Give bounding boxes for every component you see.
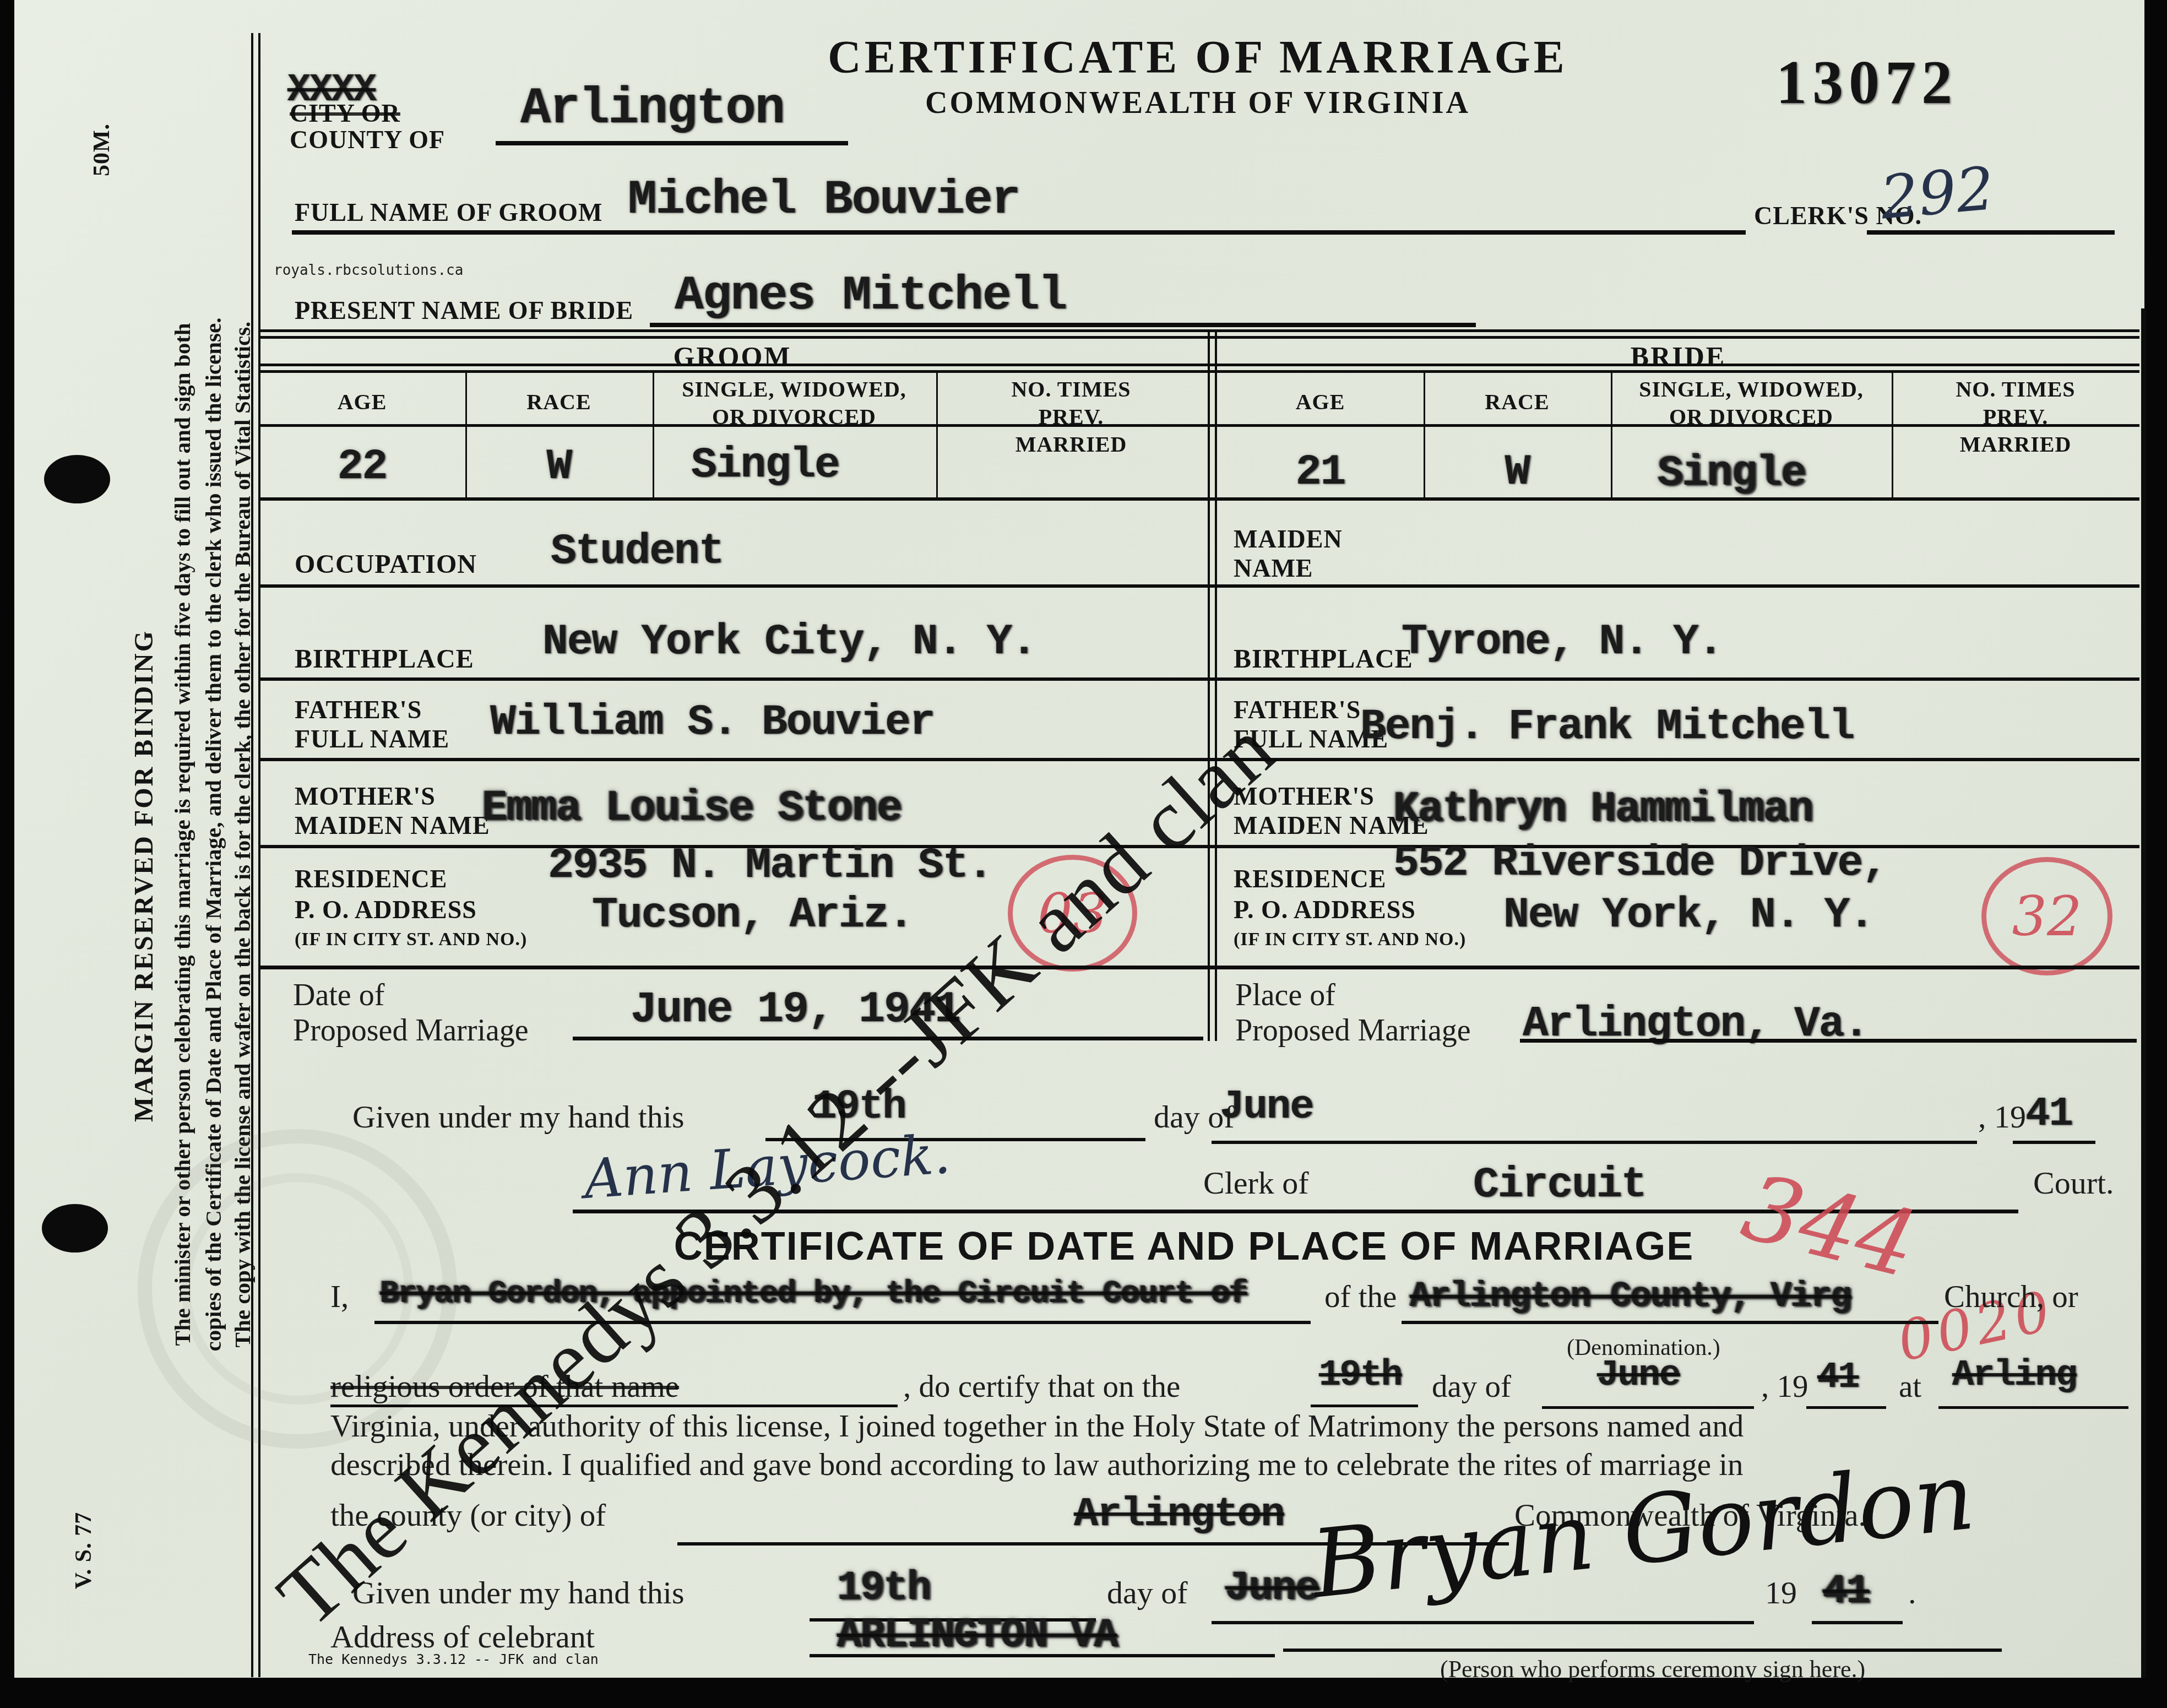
groom-father-value: William S. Bouvier [490, 701, 935, 746]
cert-certify-text: , do certify that on the [903, 1370, 1180, 1403]
groom-mother-value: Emma Louise Stone [482, 787, 901, 832]
stock-number: 50M. [89, 123, 115, 176]
cert-given-month-underline [1212, 1621, 1754, 1624]
cert-i-word: I, [330, 1281, 349, 1314]
margin-note-line-1: The minister or other person celebrating… [170, 323, 195, 1346]
marriage-certificate-scan: 50M. MARGIN RESERVED FOR BINDING The min… [0, 0, 2167, 1708]
groom-father-label-1: FATHER'S [295, 697, 422, 723]
cert-church-or: Church, or [1944, 1281, 2078, 1314]
groom-mother-label-2: MAIDEN NAME [295, 812, 490, 839]
groom-col-prev-married: NO. TIMES PREV. MARRIED [980, 376, 1162, 458]
cert-day-value: 19th [1319, 1356, 1402, 1394]
bride-father-value: Benj. Frank Mitchell [1360, 705, 1854, 750]
court-type-value: Circuit [1473, 1163, 1646, 1208]
cert-given-text: Given under my hand this [352, 1576, 684, 1610]
bride-mother-value: Kathryn Hammilman [1393, 788, 1813, 833]
cert-body-line4: described therein. I qualified and gave … [330, 1449, 1744, 1482]
license-given-text: Given under my hand this [352, 1100, 684, 1134]
cert-period: . [1908, 1576, 1916, 1610]
small-watermark: royals.rbcsolutions.ca [274, 263, 463, 278]
bride-col-race: RACE [1424, 388, 1611, 416]
celebrant-address-underline [810, 1654, 1275, 1657]
groom-race-value: W [465, 441, 653, 495]
margin-divider-line-2 [258, 33, 260, 1677]
bride-col-line-2 [1611, 370, 1612, 498]
residence-rule [259, 966, 2139, 969]
groom-residence-line1: 2935 N. Martin St. [548, 844, 992, 889]
cert-place-value-underline [1938, 1406, 2128, 1409]
table-top-rule-2 [259, 336, 2139, 339]
groom-status-value: Single [691, 443, 839, 489]
groom-residence-line2: Tucson, Ariz. [592, 893, 913, 939]
date-proposed-label-1: Date of [293, 979, 384, 1012]
cert-given-year-underline [1812, 1621, 1903, 1624]
binding-margin-label: MARGIN RESERVED FOR BINDING [130, 630, 159, 1122]
bride-residence-label-3: (IF IN CITY ST. AND NO.) [1234, 930, 1466, 950]
celebrant-signature-underline [1283, 1649, 2002, 1652]
table-top-rule-1 [259, 329, 2139, 332]
groom-col-line-3 [936, 370, 938, 498]
cert-celebrant-underline [374, 1321, 1311, 1324]
cert-county-value: Arlington [1074, 1494, 1284, 1537]
bride-residence-line1: 552 Riverside Drive, [1393, 842, 1887, 887]
sign-here-caption: (Person who performs ceremony sign here.… [1440, 1657, 1865, 1682]
bride-col-prev-married: NO. TIMES PREV. MARRIED [1925, 376, 2106, 458]
county-underline [496, 141, 848, 145]
groom-col-race: RACE [465, 388, 653, 416]
groom-col-status: SINGLE, WIDOWED, OR DIVORCED [667, 376, 921, 431]
bride-col-status: SINGLE, WIDOWED, OR DIVORCED [1625, 376, 1878, 431]
groom-mother-label-1: MOTHER'S [295, 783, 436, 810]
bride-name-value: Agnes Mitchell [675, 271, 1066, 322]
cert-given-year-prefix: 19 [1765, 1576, 1797, 1610]
form-number: V. S. 77 [71, 1512, 96, 1589]
cert-year-underline [1806, 1406, 1886, 1409]
city-or-label: CITY OR [290, 100, 400, 127]
cert-year-prefix: , 19 [1761, 1370, 1808, 1403]
cert-place-struck: Arlington County, Virg [1410, 1279, 1851, 1316]
license-month-underline [1212, 1141, 1977, 1144]
margin-divider-line-1 [251, 33, 253, 1677]
date-proposed-label-2: Proposed Marriage [293, 1015, 529, 1047]
document-subtitle: COMMONWEALTH OF VIRGINIA [688, 84, 1707, 122]
scan-right-edge-line [2141, 308, 2146, 1678]
table-header-rule-1 [259, 364, 2139, 366]
center-divider-line-1 [1208, 329, 1210, 1041]
bride-race-value: W [1424, 446, 1611, 500]
document-title: CERTIFICATE OF MARRIAGE [688, 29, 1707, 86]
clerks-no-underline [1867, 230, 2115, 235]
cert-religious-underline [330, 1405, 898, 1407]
groom-residence-label-1: RESIDENCE [295, 866, 447, 892]
bride-age-value: 21 [1217, 446, 1424, 500]
cert-month-value: June [1597, 1356, 1680, 1394]
celebrant-address-value: ARLINGTON VA [837, 1615, 1117, 1658]
license-month-value: June [1220, 1086, 1313, 1129]
bride-residence-label-1: RESIDENCE [1234, 866, 1386, 892]
serial-number-stamp: 13072 [1776, 51, 1958, 116]
cert-day-underline [1311, 1405, 1418, 1407]
cert-day-of: day of [1432, 1370, 1511, 1403]
groom-name-label: FULL NAME OF GROOM [295, 199, 602, 226]
groom-residence-label-2: P. O. ADDRESS [295, 897, 477, 923]
groom-residence-label-3: (IF IN CITY ST. AND NO.) [295, 930, 527, 950]
bride-maiden-label-1: MAIDEN [1234, 526, 1343, 552]
bride-red-code-circle: 32 [1981, 857, 2112, 975]
bride-residence-line2: New York, N. Y. [1503, 893, 1873, 939]
groom-age-value: 22 [259, 441, 465, 495]
cert-at-word: at [1899, 1370, 1921, 1403]
bride-birthplace-value: Tyrone, N. Y. [1402, 620, 1723, 665]
license-year-value: 41 [2025, 1093, 2072, 1136]
cert-place-underline [1402, 1321, 1938, 1324]
bride-section-header: BRIDE [1217, 339, 2139, 374]
occupation-value: Student [551, 530, 724, 575]
court-word: Court. [2033, 1167, 2114, 1200]
occupation-rule [259, 584, 2139, 588]
cert-place-value: Arling [1952, 1356, 2077, 1394]
groom-section-header: GROOM [259, 339, 1206, 374]
groom-father-label-2: FULL NAME [295, 726, 449, 752]
license-year-underline [2013, 1141, 2095, 1144]
county-of-label: COUNTY OF [290, 127, 445, 153]
values-bottom-rule [259, 497, 2139, 501]
margin-note-line-2: copies of the Certificate of Date and Pl… [201, 318, 226, 1352]
clerks-no-value-handwritten: 292 [1878, 158, 1996, 230]
hole-punch-bottom [42, 1204, 108, 1252]
bride-col-age: AGE [1217, 388, 1424, 416]
clerk-of-text: Clerk of [1203, 1167, 1309, 1200]
bride-maiden-label-2: NAME [1234, 555, 1313, 582]
bride-residence-label-2: P. O. ADDRESS [1234, 897, 1416, 923]
cert-of-the: of the [1324, 1281, 1397, 1314]
groom-col-age: AGE [259, 388, 465, 416]
footer-caption: The Kennedys 3.3.12 -- JFK and clan [308, 1652, 599, 1667]
groom-birthplace-label: BIRTHPLACE [295, 646, 474, 673]
bride-name-underline [650, 323, 1476, 327]
table-header-rule-2 [259, 370, 2139, 373]
celebrant-address-label: Address of celebrant [330, 1620, 595, 1654]
groom-col-line-2 [653, 370, 654, 498]
center-divider-line-2 [1215, 329, 1217, 1041]
groom-name-underline [292, 230, 1746, 235]
cert-year-value: 41 [1817, 1358, 1859, 1396]
birthplace-rule [259, 677, 2139, 681]
bride-father-label-1: FATHER'S [1234, 697, 1361, 723]
groom-birthplace-value: New York City, N. Y. [542, 620, 1036, 665]
cert-given-day-of: day of [1107, 1576, 1188, 1610]
hole-punch-top [44, 455, 110, 503]
groom-name-value: Michel Bouvier [628, 175, 1019, 226]
occupation-label: OCCUPATION [295, 551, 477, 578]
license-year-prefix: , 19 [1978, 1100, 2026, 1134]
bride-status-value: Single [1658, 452, 1806, 497]
table-mid-rule [259, 424, 2139, 427]
cert-given-year: 41 [1823, 1571, 1870, 1614]
bride-birthplace-label: BIRTHPLACE [1234, 646, 1413, 673]
place-proposed-label-1: Place of [1235, 979, 1335, 1012]
bride-red-code: 32 [2012, 884, 2082, 948]
cert-celebrant-struck: Bryan Gordon, appointed by, the Circuit … [380, 1278, 1247, 1311]
cert-given-month: June [1225, 1568, 1319, 1611]
place-proposed-underline [1520, 1039, 2137, 1043]
bride-col-line-3 [1892, 370, 1893, 498]
bride-name-label: PRESENT NAME OF BRIDE [295, 297, 633, 324]
place-proposed-label-2: Proposed Marriage [1235, 1015, 1471, 1047]
cert-given-day: 19th [837, 1568, 931, 1611]
